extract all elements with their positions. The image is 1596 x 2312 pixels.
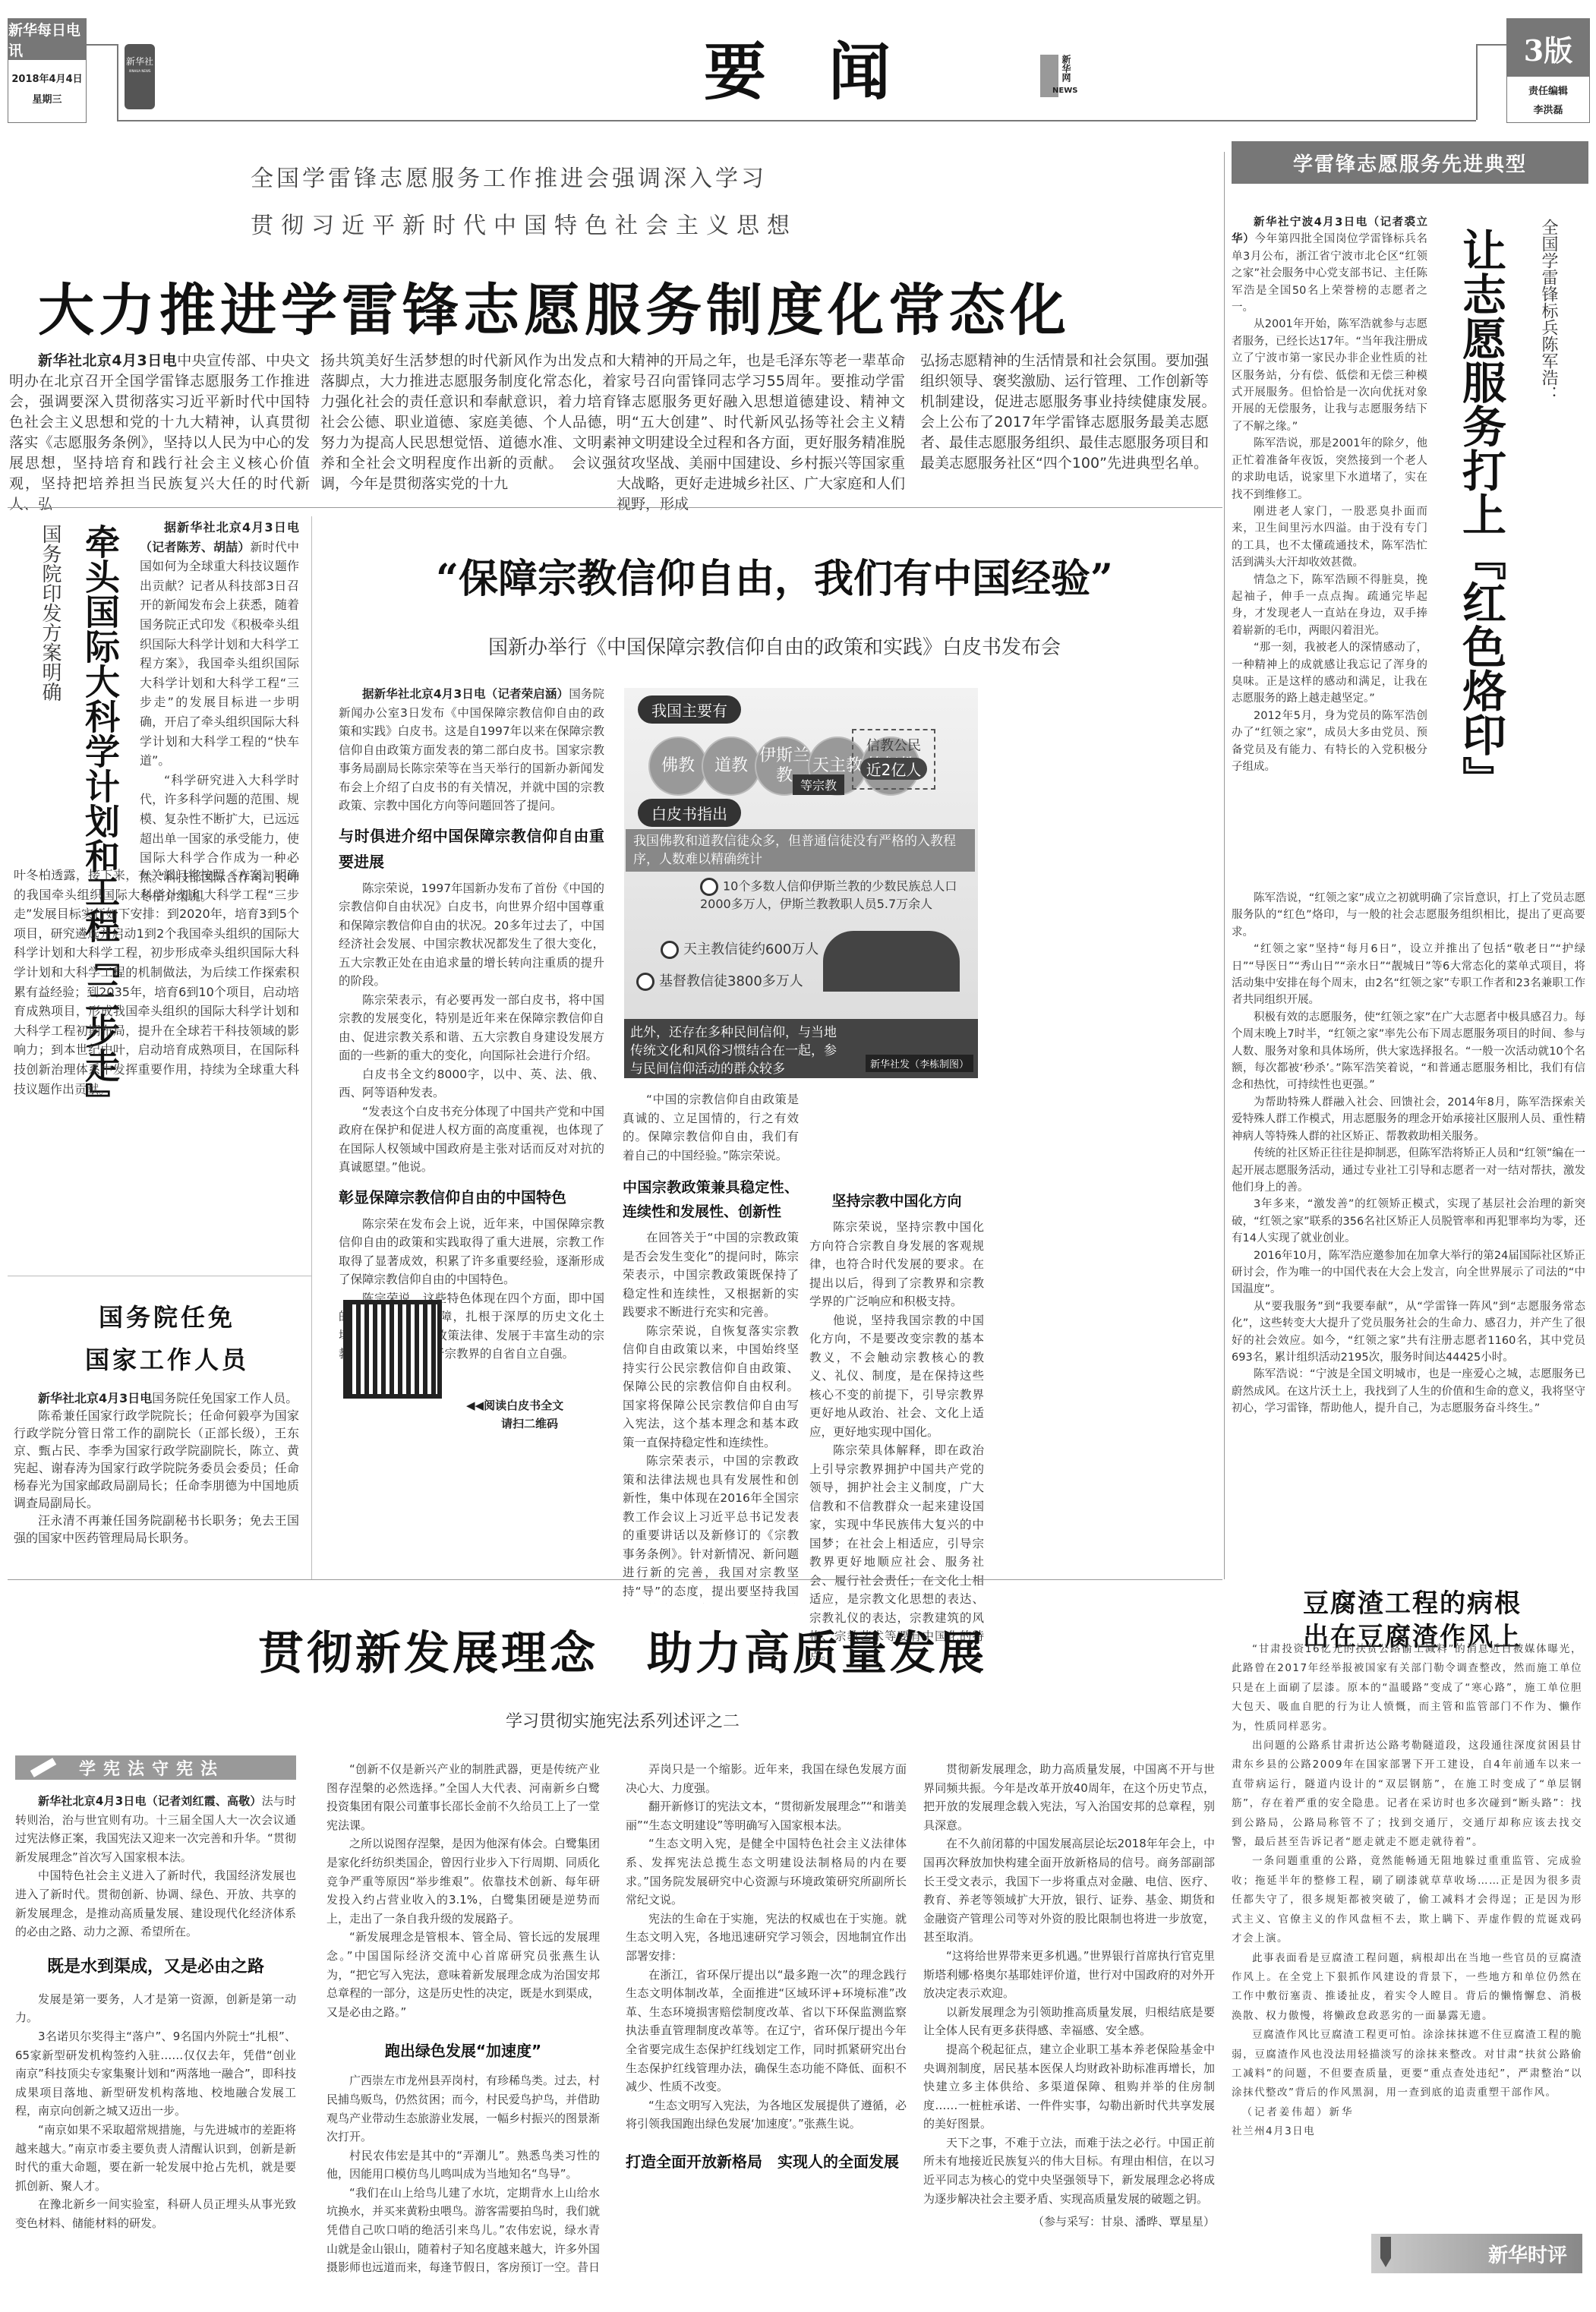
lead-col-3: 大精神的开局之年，也是毛泽东等老一辈革命家号召向雷锋同志学习55周年。要推动学雷…: [617, 351, 905, 515]
gavel-icon: [30, 1758, 56, 1777]
paper-name-box: 新华每日电讯 2018年4月4日 星期三: [8, 18, 87, 123]
masthead-bottom-rule: [117, 120, 1476, 121]
divider-h1: [8, 507, 1222, 508]
constitution-sub3-p6: 天下之事，不难于立法，而难于法之必行。中国正前所未有地接近民族复兴的伟大目标。有…: [923, 2134, 1215, 2208]
sidebar-p7: 2012年5月，身为党员的陈军浩创办了“红领之家”，成员大多由党员、预备党员及有…: [1232, 708, 1427, 776]
issue-date: 2018年4月4日: [8, 71, 86, 85]
religion-sub1-p2: 陈宗荣表示，有必要再发一部白皮书，将中国宗教的发展变化，特别是近年来在保障宗教信…: [339, 991, 604, 1065]
sidebar-body: 新华社宁波4月3日电（记者裘立华）今年第四批全国岗位学雷锋标兵名单3月公布，浙江…: [1232, 214, 1427, 775]
xinhua-logo-cn: 新华社: [125, 55, 155, 68]
constitution-column-tag-text: 学宪法守宪法: [79, 1756, 225, 1780]
constitution-sub3-p5: 提高个税起征点，建立企业职工基本养老保险基金中央调剂制度，居民基本医保人均财政补…: [923, 2040, 1215, 2134]
constitution-sub1: 既是水到渠成，又是必由之路: [15, 1952, 296, 1982]
commentary-headline-1: 豆腐渣工程的病根: [1245, 1582, 1579, 1620]
religion-dateline: 据新华社北京4月3日电（记者荣启涵）: [362, 687, 569, 701]
constitution-sub2: 跑出绿色发展“加速度”: [326, 2036, 600, 2065]
lead-col-2-text: 扬共筑美好生活梦想的时代新风作为出发点和落脚点，大力推进志愿服务制度化常态化，着…: [320, 351, 617, 494]
divider-v-right: [1224, 152, 1225, 1579]
editor-name: 李洪磊: [1507, 102, 1589, 116]
constitution-sub1-p5: “创新不仅是新兴产业的制胜武器，更是传统产业图存涅槃的必然选择。”全国人大代表、…: [326, 1760, 600, 1834]
sidebar-banner: 学雷锋志愿服务先进典型: [1232, 141, 1588, 184]
constitution-sub3: 打造全面开放新格局 实现人的全面发展: [626, 2147, 907, 2176]
xinhua-logo: 新华社 XINHUA NEWS: [125, 44, 155, 109]
sidebar-p10: 积极有效的志愿服务，使“红领之家”在广大志愿者中极具感召力。每个周末晚上7时半，…: [1232, 1009, 1585, 1094]
religion-col-right: 坚持宗教中国化方向 陈宗荣说，坚持宗教中国化方向符合宗教自身发展的客观规律，也符…: [809, 1090, 984, 1664]
religion-intro: 据新华社北京4月3日电（记者荣启涵）国务院新闻办公室3日发布《中国保障宗教信仰自…: [339, 685, 604, 1364]
ring-icon: [661, 941, 679, 959]
qr-caption-2: 请扫二维码: [501, 1415, 558, 1431]
label-whitepaper: 白皮书指出: [638, 799, 741, 827]
religion-sub1-p3: 白皮书全文约8000字，以中、英、法、俄、西、阿等语种发表。: [339, 1065, 604, 1102]
religion-headline: “保障宗教信仰自由，我们有中国经验”: [334, 547, 1215, 604]
sidebar-p6: “那一刻，我被老人的深情感动了，一种精神上的成就感让我忘记了浑身的臭味。正是这样…: [1232, 639, 1427, 708]
appointment-body: 新华社北京4月3日电国务院任免国家工作人员。 陈希兼任国家行政学院院长；任命何毅…: [14, 1389, 299, 1547]
constitution-sub2-p5: 翻开新修订的宪法文本，“贯彻新发展理念”“和谐美丽”“生态文明建设”等明确写入国…: [626, 1797, 907, 1834]
mosque-silhouette-icon: [823, 931, 960, 992]
commentary-p1: “甘肃投资16亿元的扶贫公路偷工减料”的消息近日被媒体曝光，此路曾在2017年经…: [1232, 1640, 1582, 1736]
sidebar-p3: 陈军浩说，那是2001年的除夕，他正忙着准备年夜饭，突然接到一个老人的求助电话，…: [1232, 435, 1427, 503]
masthead-rule-r2: [1476, 44, 1506, 46]
religion-sub3-p3: 陈宗荣表示，中国的宗教政策和法律法规也具有发展性和创新性，集中体现在2016年全…: [623, 1452, 799, 1604]
constitution-sub2-p6: “生态文明入宪，是健全中国特色社会主义法律体系、发挥宪法总揽生态文明建设法制格局…: [626, 1834, 907, 1909]
religion-sub1-p4: “发表这个白皮书充分体现了中国共产党和中国政府在保护和促进人权方面的高度重视，也…: [339, 1102, 604, 1177]
religion-sub4-p1: 陈宗荣说，坚持宗教中国化方向符合宗教自身发展的客观规律，也符合时代发展的要求。在…: [809, 1218, 984, 1311]
religion-subheadline: 国新办举行《中国保障宗教信仰自由的政策和实践》白皮书发布会: [334, 632, 1215, 660]
lead-dateline: 新华社北京4月3日电: [38, 352, 177, 369]
constitution-sub3-p3: “这将给世界带来更多机遇。”世界银行首席执行官克里斯塔利娜·格奥尔基耶娃评价道，…: [923, 1947, 1215, 2003]
stat-islam-text: 10个多数人信仰伊斯兰教的少数民族总人口2000多万人，伊斯兰教教职人员5.7万…: [700, 879, 957, 912]
science-kicker: 国务院印发方案明确: [36, 524, 65, 702]
news-logo: 新华网 NEWS: [1040, 52, 1086, 102]
constitution-col-4: 贯彻新发展理念，助力高质量发展，中国离不开与世界同频共振。今年是改革开放40周年…: [923, 1760, 1215, 2232]
lead-col-1: 新华社北京4月3日电中央宣传部、中央文明办在北京召开全国学雷锋志愿服务工作推进会…: [9, 351, 310, 515]
masthead-rule-v: [117, 44, 118, 120]
news-logo-cn: 新华网: [1060, 55, 1073, 82]
science-p1: 新时代中国如何为全球重大科技议题作出贡献？记者从科技部3日召开的新闻发布会上获悉…: [140, 540, 299, 768]
sidebar-kicker: 全国学雷锋标兵陈军浩：: [1537, 219, 1560, 402]
sidebar-p15: 从“要我服务”到“我要奉献”，从“学雷锋一阵风”到“志愿服务常态化”，这些转变大…: [1232, 1298, 1585, 1367]
constitution-sub1-p2: 3名诺贝尔奖得主“落户”、9名国内外院士“扎根”、65家新型研发机构签约入驻………: [15, 2027, 296, 2121]
lead-col-2: 扬共筑美好生活梦想的时代新风作为出发点和落脚点，大力推进志愿服务制度化常态化，着…: [320, 351, 617, 494]
commentary-p2: 出问题的公路系甘肃折达公路考勒隧道段，这段通往深度贫困县甘肃东乡县的公路2009…: [1232, 1736, 1582, 1852]
constitution-sub3-p1: 贯彻新发展理念，助力高质量发展，中国离不开与世界同频共振。今年是改革开放40周年…: [923, 1760, 1215, 1834]
sidebar-p11: 为帮助特殊人群融入社会、回馈社会，2014年8月，陈军浩探索关爱特殊人群工作模式…: [1232, 1094, 1585, 1145]
constitution-sub1-p6: 之所以说图存涅槃，是因为他深有体会。白鹭集团是家化纤纺织类国企，曾因行业步入下行…: [326, 1834, 600, 1928]
religion-taoism: 道教: [702, 736, 761, 796]
appointment-dateline: 新华社北京4月3日电: [38, 1391, 152, 1405]
masthead: 新华每日电讯 2018年4月4日 星期三 新华社 XINHUA NEWS 要 闻…: [0, 0, 1596, 137]
masthead-rule: [87, 44, 117, 46]
sidebar-p5: 情急之下，陈军浩顾不得脏臭，挽起袖子，伸手一点点掏。疏通完毕起身，才发现老人一直…: [1232, 572, 1427, 640]
xinhua-logo-en: XINHUA NEWS: [125, 69, 155, 73]
ring-icon: [700, 878, 718, 896]
stat-islam: 10个多数人信仰伊斯兰教的少数民族总人口2000多万人，伊斯兰教教职人员5.7万…: [700, 878, 973, 913]
appointment-p3: 汪永清不再兼任国务院副秘书长职务；免去王国强的国家中医药管理局局长职务。: [14, 1512, 299, 1547]
infographic: 我国主要有 佛教 道教 伊斯兰教 天主教 基督教 等宗教 信教公民 近2亿人 白…: [624, 688, 978, 1019]
commentary-body: “甘肃投资16亿元的扶贫公路偷工减料”的消息近日被媒体曝光，此路曾在2017年经…: [1232, 1640, 1582, 2142]
religion-sub3: 中国宗教政策兼具稳定性、连续性和发展性、创新性: [623, 1175, 799, 1224]
constitution-sub2-p9: “生态文明写入宪法，为各地区发展提供了遵循，必将引领我国跑出绿色发展‘加速度’。…: [626, 2096, 907, 2134]
constitution-sub2-p3: “我们在山上给鸟儿建了水坑，定期背水上山给水坑换水，并买来黄粉虫喂鸟。游客需要拍…: [326, 2184, 600, 2278]
infographic-credit: 新华社发（李栋制图）: [866, 1055, 973, 1072]
section-title: 要 闻: [683, 23, 911, 112]
constitution-col-1: 新华社北京4月3日电（记者刘红霞、高敬）法与时转则治，治与世宜则有功。十三届全国…: [15, 1792, 296, 2232]
commentary-p4: 此事表面看是豆腐渣工程问题，病根却出在当地一些官员的豆腐渣作风上。在全党上下狠抓…: [1232, 1949, 1582, 2027]
constitution-byline: （参与采写：甘泉、潘晔、覃星星）: [923, 2213, 1215, 2232]
constitution-sub2-p4: 弄岗只是一个缩影。近年来，我国在绿色发展方面决心大、力度强。: [626, 1760, 907, 1797]
constitution-column-tag: 学宪法守宪法: [15, 1755, 296, 1780]
qr-caption-1: ◀◀阅读白皮书全文: [466, 1397, 563, 1413]
commentary-p3: 一条问题重重的公路，竟然能畅通无阻地躲过重重监管、完成验收；拖延半年的整修工程，…: [1232, 1852, 1582, 1948]
infographic-footer-note: 此外，还存在多种民间信仰，与当地传统文化和风俗习惯结合在一起，参与民间信仰活动的…: [624, 1019, 852, 1083]
sidebar-p12: 传统的社区矫正往往是抑制恶，但陈军浩将矫正人员和“红领”编在一起开展志愿服务活动…: [1232, 1145, 1585, 1196]
science-p3: 叶冬柏透露，接下来，有关部门将按照《方案》明确的我国牵头组织国际大科学计划和大科…: [14, 866, 299, 1099]
sidebar-headline: 让志愿服务打上『红色烙印』: [1456, 228, 1505, 800]
religion-sub2-p1: 陈宗荣在发布会上说，近年来，中国保障宗教信仰自由的政策和实践取得了重大进展，宗教…: [339, 1215, 604, 1289]
sidebar-p4: 刚进老人家门，一股恶臭扑面而来，卫生间里污水四溢。由于没有专门的工具，也不太懂疏…: [1232, 503, 1427, 572]
lead-kicker-1: 全国学雷锋志愿服务工作推进会强调深入学习: [251, 159, 934, 193]
sidebar-p8: 陈军浩说，“红领之家”成立之初就明确了宗旨意识，打上了党员志愿服务队的“红色”烙…: [1232, 890, 1585, 941]
constitution-sub1-p4: 在豫北新乡一间实验室，科研人员正埋头从事光致变色材料、储能材料的研发。: [15, 2195, 296, 2232]
stat-catholic-text: 天主教信徒约600万人: [683, 942, 819, 957]
divider-h2: [8, 1579, 1222, 1580]
sidebar-p14: 2016年10月，陈军浩应邀参加在加拿大举行的第24届国际社区矫正研讨会，作为唯…: [1232, 1247, 1585, 1298]
issue-weekday: 星期三: [8, 91, 86, 106]
page-number: 3版: [1507, 19, 1589, 77]
constitution-sub2-p2: 村民农伟宏是其中的“弄潮儿”。熟悉鸟类习性的他，因能用口模仿鸟儿鸣叫成为当地知名…: [326, 2146, 600, 2184]
sidebar-body-wide: 陈军浩说，“红领之家”成立之初就明确了宗旨意识，打上了党员志愿服务队的“红色”烙…: [1232, 890, 1585, 1418]
sidebar-p2: 从2001年开始，陈军浩就参与志愿者服务，已经长达17年。“当年我注册成立了宁波…: [1232, 316, 1427, 435]
constitution-subheadline: 学习贯彻实施宪法系列述评之二: [30, 1708, 1215, 1732]
commentary-badge: 新华时评: [1371, 2234, 1582, 2273]
believers-value: 近2亿人: [860, 758, 927, 780]
stat-catholic: 天主教信徒约600万人: [661, 938, 819, 959]
constitution-col-3: 弄岗只是一个缩影。近年来，我国在绿色发展方面决心大、力度强。 翻开新修订的宪法文…: [626, 1760, 907, 2182]
sidebar-p1: 今年第四批全国岗位学雷锋标兵名单3月公布，浙江省宁波市北仑区“红领之家”社会服务…: [1232, 233, 1427, 314]
constitution-intro-2: 中国特色社会主义进入了新时代，我国经济发展也进入了新时代。贯彻创新、协调、绿色、…: [15, 1866, 296, 1941]
infographic-footer: 此外，还存在多种民间信仰，与当地传统文化和风俗习惯结合在一起，参与民间信仰活动的…: [624, 1019, 978, 1078]
news-logo-en: NEWS: [1052, 87, 1077, 95]
believers-label: 信教公民: [853, 735, 934, 755]
lead-headline: 大力推进学雷锋志愿服务制度化常态化: [38, 266, 1222, 346]
constitution-sub3-p4: 以新发展理念为引领助推高质量发展，归根结底是要让全体人民有更多获得感、幸福感、安…: [923, 2003, 1215, 2040]
constitution-sub1-p7: “新发展理念是管根本、管全局、管长远的发展理念。”中国国际经济交流中心首席研究员…: [326, 1928, 600, 2021]
religion-sub4: 坚持宗教中国化方向: [809, 1189, 984, 1213]
lead-kicker-2: 贯彻习近平新时代中国特色社会主义思想: [251, 207, 934, 240]
constitution-sub2-p8: 在浙江，省环保厅提出以“最多跑一次”的理念践行生态文明体制改革，全面推进“区域环…: [626, 1966, 907, 2096]
appointment-headline-1: 国务院任免: [76, 1298, 258, 1333]
ring-icon: [636, 973, 654, 991]
constitution-sub1-p3: “南京如果不采取超常规措施，与先进城市的差距将越来越大。”南京市委主要负责人清醒…: [15, 2121, 296, 2195]
constitution-sub2-p7: 宪法的生命在于实施，宪法的权威也在于实施。就生态文明入宪，各地迅速研究学习领会，…: [626, 1910, 907, 1966]
religion-sub3-p1: 在回答关于“中国的宗教政策是否会发生变化”的提问时，陈宗荣表示，中国宗教政策既保…: [623, 1229, 799, 1322]
constitution-sub3-p2: 在不久前闭幕的中国发展高层论坛2018年年会上，中国再次释放加快构建全面开放新格…: [923, 1834, 1215, 1947]
constitution-headline: 贯彻新发展理念 助力高质量发展: [30, 1617, 1215, 1683]
divider-v-left: [311, 516, 312, 1579]
stat-christian: 基督教信徒3800多万人: [636, 970, 803, 991]
stat-christian-text: 基督教信徒3800多万人: [659, 973, 803, 989]
lead-col-4: 弘扬志愿精神的生活情景和社会氛围。要加强组织领导、褒奖激励、运行管理、工作创新等…: [920, 351, 1209, 474]
pen-icon: [1380, 2237, 1391, 2267]
religion-sub4-p2: 他说，坚持我国宗教的中国化方向，不是要改变宗教的基本教义，不会触动宗教核心的教义…: [809, 1311, 984, 1442]
commentary-byline: （记者姜伟超）新华社兰州4月3日电: [1232, 2103, 1353, 2142]
qr-code[interactable]: [343, 1300, 442, 1399]
divider-h-left: [8, 1276, 311, 1276]
religion-sub2: 彰显保障宗教信仰自由的中国特色: [339, 1184, 604, 1210]
believers-tag: 信教公民 近2亿人: [852, 729, 935, 790]
appointment-headline-2: 国家工作人员: [61, 1341, 273, 1376]
paper-name: 新华每日电讯: [8, 19, 86, 60]
constitution-sub1-p1: 发展是第一要务，人才是第一资源，创新是第一动力。: [15, 1990, 296, 2027]
whitepaper-note: 我国佛教和道教信徒众多，但普通信徒没有严格的入教程序，人数难以精确统计: [626, 829, 975, 872]
religion-buddhism: 佛教: [648, 736, 708, 796]
editor-label: 责任编辑: [1507, 83, 1589, 97]
religion-sub3-p2: 陈宗荣说，自恢复落实宗教信仰自由政策以来，中国始终坚持实行公民宗教信仰自由政策、…: [623, 1322, 799, 1452]
label-main-religions: 我国主要有: [638, 695, 741, 724]
lead-col-3-text: 大精神的开局之年，也是毛泽东等老一辈革命家号召向雷锋同志学习55周年。要推动学雷…: [617, 351, 905, 515]
appointment-p1: 国务院任免国家工作人员。: [152, 1391, 298, 1405]
science-body-wide: 叶冬柏透露，接下来，有关部门将按照《方案》明确的我国牵头组织国际大科学计划和大科…: [14, 866, 299, 1099]
religions-suffix: 等宗教: [793, 774, 844, 795]
masthead-rule-r: [1476, 44, 1478, 120]
appointment-p2: 陈希兼任国家行政学院院长；任命何毅亭为国家行政学院分管日常工作的副院长（正部长级…: [14, 1407, 299, 1512]
science-body: 据新华社北京4月3日电（记者陈芳、胡喆）新时代中国如何为全球重大科技议题作出贡献…: [140, 518, 299, 907]
commentary-badge-text: 新华时评: [1488, 2240, 1567, 2268]
sidebar-p16: 陈军浩说：“宁波是全国文明城市，也是一座爱心之城，志愿服务已蔚然成风。在这片沃土…: [1232, 1366, 1585, 1417]
constitution-dateline: 新华社北京4月3日电（记者刘红霞、高敬）: [38, 1794, 262, 1808]
lead-col-1-text: 中央宣传部、中央文明办在北京召开全国学雷锋志愿服务工作推进会，强调要深入贯彻落实…: [9, 352, 310, 513]
religion-intro-text: 国务院新闻办公室3日发布《中国保障宗教信仰自由的政策和实践》白皮书。这是自199…: [339, 687, 604, 812]
constitution-sub2-p1: 广西崇左市龙州县弄岗村，有珍稀鸟类。过去，村民捕鸟贩鸟，仍然贫困；而今，村民爱鸟…: [326, 2071, 600, 2146]
page-number-box: 3版 责任编辑 李洪磊: [1506, 18, 1590, 123]
sidebar-p9: “红领之家”坚持“每月6日”，设立并推出了包括“敬老日”“护绿日”“导医日”“秀…: [1232, 941, 1585, 1009]
sidebar-p13: 3年多来，“激发善”的红领矫正模式，实现了基层社会治理的新突破，“红领之家”联系…: [1232, 1196, 1585, 1247]
religion-sub1: 与时俱进介绍中国保障宗教信仰自由重要进展: [339, 823, 604, 875]
religion-sub1-p1: 陈宗荣说，1997年国新办发布了首份《中国的宗教信仰自由状况》白皮书，向世界介绍…: [339, 879, 604, 991]
commentary-p5: 豆腐渣作风比豆腐渣工程更可怕。涂涂抹抹遮不住豆腐渣工程的脆弱，豆腐渣作风也没法用…: [1232, 2026, 1582, 2103]
constitution-col-2: “创新不仅是新兴产业的制胜武器，更是传统产业图存涅槃的必然选择。”全国人大代表、…: [326, 1760, 600, 2278]
religion-sub2-p3: “中国的宗教信仰自由政策是真诚的、立足国情的，行之有效的。保障宗教信仰自由，我们…: [623, 1090, 799, 1165]
lead-col-4-text: 弘扬志愿精神的生活情景和社会氛围。要加强组织领导、褒奖激励、运行管理、工作创新等…: [920, 351, 1209, 474]
religion-col-mid: “中国的宗教信仰自由政策是真诚的、立足国情的，行之有效的。保障宗教信仰自由，我们…: [623, 1090, 799, 1604]
